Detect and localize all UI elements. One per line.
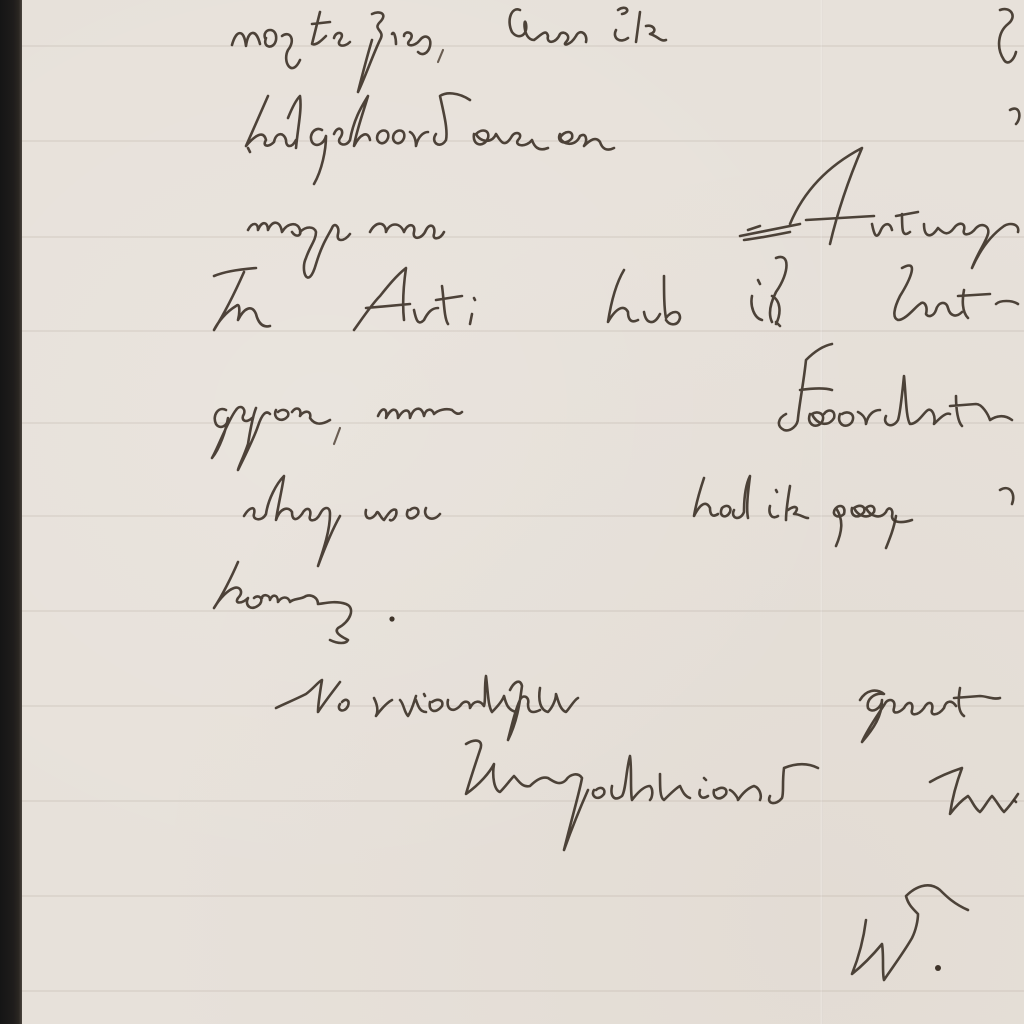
document-viewer: nog te zien, daar ik g… had gehoord over… bbox=[0, 0, 1024, 1024]
handwriting-ink bbox=[0, 0, 1024, 1024]
